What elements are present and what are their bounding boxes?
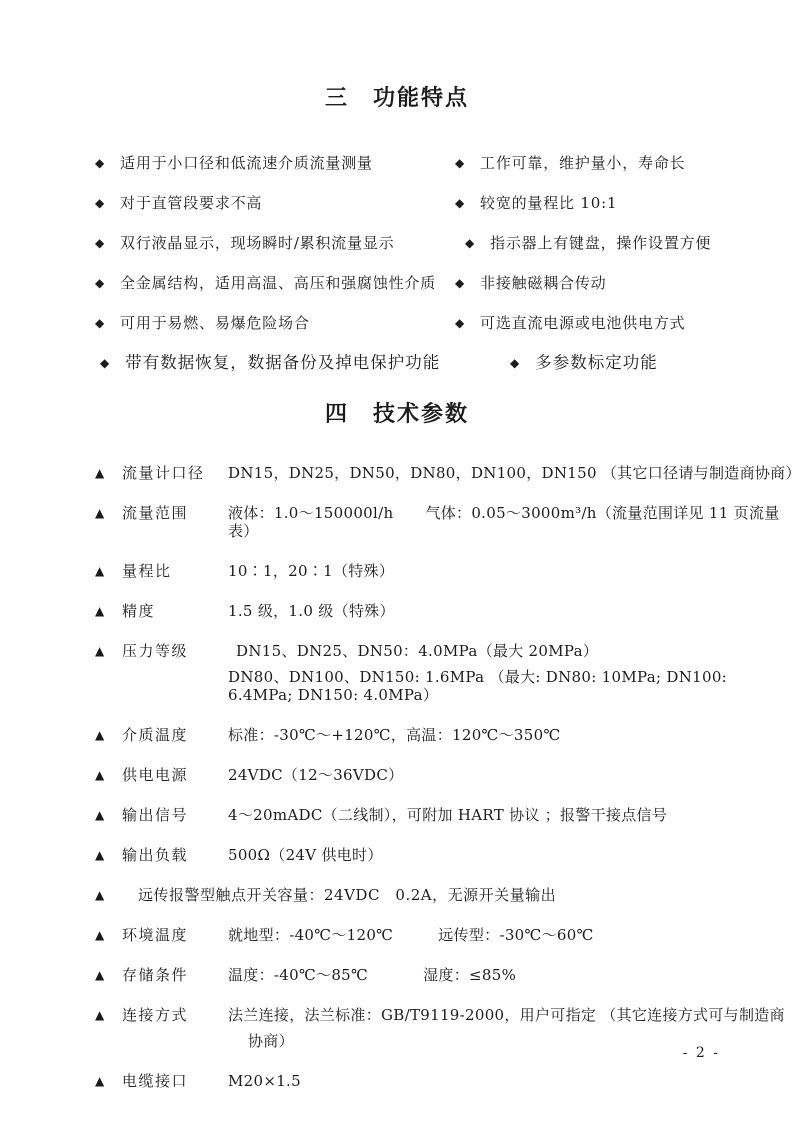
diamond-bullet-icon: ◆: [95, 194, 105, 212]
section-title-features: 三 功能特点: [0, 86, 794, 112]
spec-row-storage-conditions: ▲ 存储条件 温度：-40℃～85℃湿度：≤85%: [95, 966, 794, 984]
triangle-bullet-icon: ▲: [95, 766, 122, 784]
spec-row-flow-range: ▲ 流量范围 液体：1.0～150000l/h气体：0.05～3000m³/h（…: [95, 504, 794, 540]
feature-item: ◆ 较宽的量程比 10:1: [455, 194, 617, 212]
triangle-bullet-icon: ▲: [95, 966, 122, 984]
spec-row-power-supply: ▲ 供电电源 24VDC（12～36VDC）: [95, 766, 794, 784]
spec-label: 存储条件: [122, 966, 228, 984]
spec-value: 24VDC（12～36VDC）: [228, 766, 794, 784]
diamond-bullet-icon: ◆: [455, 194, 465, 212]
triangle-bullet-icon: ▲: [95, 886, 122, 904]
triangle-bullet-icon: ▲: [95, 1006, 122, 1024]
spec-value-line2: DN80、DN100、DN150: 1.6MPa （最大: DN80: 10MP…: [228, 668, 794, 704]
spec-value: 就地型：-40℃～120℃远传型：-30℃～60℃: [228, 926, 794, 944]
spec-row-medium-temperature: ▲ 介质温度 标准：-30℃～+120℃，高温：120℃～350℃: [95, 726, 794, 744]
spec-value: DN15，DN25，DN50，DN80，DN100，DN150 （其它口径请与制…: [228, 464, 794, 482]
feature-text: 可用于易燃、易爆危险场合: [120, 314, 310, 332]
triangle-bullet-icon: ▲: [95, 642, 122, 660]
spec-label: 连接方式: [122, 1006, 228, 1024]
triangle-bullet-icon: ▲: [95, 464, 122, 482]
feature-item: ◆ 指示器上有键盘，操作设置方便: [465, 234, 711, 252]
feature-item: ◆ 双行液晶显示，现场瞬时/累积流量显示: [95, 234, 455, 252]
spec-label: 电缆接口: [122, 1072, 228, 1090]
spec-value-remote: 远传型：-30℃～60℃: [438, 926, 593, 944]
spec-value-line1: 法兰连接，法兰标准：GB/T9119-2000，用户可指定 （其它连接方式可与制…: [228, 1006, 794, 1024]
spec-row-ambient-temperature: ▲ 环境温度 就地型：-40℃～120℃远传型：-30℃～60℃: [95, 926, 794, 944]
feature-item: ◆ 对于直管段要求不高: [95, 194, 455, 212]
spec-row-turndown-ratio: ▲ 量程比 10∶1，20∶1（特殊）: [95, 562, 794, 580]
page-number: - 2 -: [683, 1045, 720, 1061]
specs-list: ▲ 流量计口径 DN15，DN25，DN50，DN80，DN100，DN150 …: [95, 464, 794, 1090]
diamond-bullet-icon: ◆: [95, 274, 105, 292]
spec-value: 500Ω（24V 供电时）: [228, 846, 794, 864]
triangle-bullet-icon: ▲: [95, 1072, 122, 1090]
triangle-bullet-icon: ▲: [95, 726, 122, 744]
spec-label: 流量计口径: [122, 464, 228, 482]
spec-row-connection-type: ▲ 连接方式 法兰连接，法兰标准：GB/T9119-2000，用户可指定 （其它…: [95, 1006, 794, 1050]
spec-value-liquid: 液体：1.0～150000l/h: [228, 504, 393, 522]
feature-row: ◆ 对于直管段要求不高 ◆ 较宽的量程比 10:1: [95, 194, 794, 234]
diamond-bullet-icon: ◆: [455, 274, 465, 292]
diamond-bullet-icon: ◆: [95, 234, 105, 252]
triangle-bullet-icon: ▲: [95, 602, 122, 620]
feature-text: 对于直管段要求不高: [120, 194, 262, 212]
feature-text: 指示器上有键盘，操作设置方便: [490, 234, 711, 252]
spec-value-humidity: 湿度：≤85%: [423, 966, 516, 984]
spec-row-accuracy: ▲ 精度 1.5 级，1.0 级（特殊）: [95, 602, 794, 620]
spec-value: 1.5 级，1.0 级（特殊）: [228, 602, 794, 620]
feature-text: 带有数据恢复，数据备份及掉电保护功能: [125, 354, 440, 372]
diamond-bullet-icon: ◆: [455, 154, 465, 172]
triangle-bullet-icon: ▲: [95, 806, 122, 824]
feature-row: ◆ 带有数据恢复，数据备份及掉电保护功能 ◆ 多参数标定功能: [95, 354, 794, 394]
triangle-bullet-icon: ▲: [95, 562, 122, 580]
diamond-bullet-icon: ◆: [465, 234, 475, 252]
diamond-bullet-icon: ◆: [455, 314, 465, 332]
feature-item: ◆ 带有数据恢复，数据备份及掉电保护功能: [100, 354, 460, 372]
diamond-bullet-icon: ◆: [510, 354, 520, 372]
feature-item: ◆ 工作可靠，维护量小，寿命长: [455, 154, 685, 172]
section-title-specs: 四 技术参数: [0, 402, 794, 428]
spec-value-local: 就地型：-40℃～120℃: [228, 926, 393, 944]
diamond-bullet-icon: ◆: [95, 314, 105, 332]
feature-text: 双行液晶显示，现场瞬时/累积流量显示: [120, 234, 394, 252]
spec-value-line1: DN15、DN25、DN50：4.0MPa（最大 20MPa）: [228, 642, 794, 660]
diamond-bullet-icon: ◆: [100, 354, 110, 372]
spec-row-pressure-rating: ▲ 压力等级 DN15、DN25、DN50：4.0MPa（最大 20MPa） D…: [95, 642, 794, 704]
spec-row-diameter: ▲ 流量计口径 DN15，DN25，DN50，DN80，DN100，DN150 …: [95, 464, 794, 482]
feature-row: ◆ 双行液晶显示，现场瞬时/累积流量显示 ◆ 指示器上有键盘，操作设置方便: [95, 234, 794, 274]
spec-label: 环境温度: [122, 926, 228, 944]
spec-label: 流量范围: [122, 504, 228, 522]
feature-row: ◆ 全金属结构，适用高温、高压和强腐蚀性介质 ◆ 非接触磁耦合传动: [95, 274, 794, 314]
features-list: ◆ 适用于小口径和低流速介质流量测量 ◆ 工作可靠，维护量小，寿命长 ◆ 对于直…: [95, 154, 794, 394]
feature-row: ◆ 适用于小口径和低流速介质流量测量 ◆ 工作可靠，维护量小，寿命长: [95, 154, 794, 194]
spec-label: 输出负载: [122, 846, 228, 864]
spec-label: 量程比: [122, 562, 228, 580]
feature-row: ◆ 可用于易燃、易爆危险场合 ◆ 可选直流电源或电池供电方式: [95, 314, 794, 354]
triangle-bullet-icon: ▲: [95, 504, 122, 522]
spec-value: 4～20mADC（二线制），可附加 HART 协议 ；报警干接点信号: [228, 806, 794, 824]
feature-item: ◆ 非接触磁耦合传动: [455, 274, 606, 292]
spec-label: 压力等级: [122, 642, 228, 660]
spec-value: 法兰连接，法兰标准：GB/T9119-2000，用户可指定 （其它连接方式可与制…: [228, 1006, 794, 1050]
spec-value: 10∶1，20∶1（特殊）: [228, 562, 794, 580]
spec-value: M20×1.5: [228, 1072, 794, 1090]
spec-label: 介质温度: [122, 726, 228, 744]
spec-label: 精度: [122, 602, 228, 620]
feature-text: 可选直流电源或电池供电方式: [480, 314, 685, 332]
spec-row-remote-alarm: ▲ 远传报警型触点开关容量：24VDC 0.2A，无源开关量输出: [95, 886, 794, 904]
spec-value: 标准：-30℃～+120℃，高温：120℃～350℃: [228, 726, 794, 744]
triangle-bullet-icon: ▲: [95, 926, 122, 944]
feature-item: ◆ 多参数标定功能: [510, 354, 658, 372]
feature-text: 较宽的量程比 10:1: [480, 194, 617, 212]
spec-value: 温度：-40℃～85℃湿度：≤85%: [228, 966, 794, 984]
spec-value: 液体：1.0～150000l/h气体：0.05～3000m³/h（流量范围详见 …: [228, 504, 794, 540]
triangle-bullet-icon: ▲: [95, 846, 122, 864]
spec-label: 供电电源: [122, 766, 228, 784]
feature-text: 全金属结构，适用高温、高压和强腐蚀性介质: [120, 274, 436, 292]
spec-full-text: 远传报警型触点开关容量：24VDC 0.2A，无源开关量输出: [138, 886, 794, 904]
diamond-bullet-icon: ◆: [95, 154, 105, 172]
feature-text: 非接触磁耦合传动: [480, 274, 606, 292]
feature-item: ◆ 适用于小口径和低流速介质流量测量: [95, 154, 455, 172]
feature-item: ◆ 全金属结构，适用高温、高压和强腐蚀性介质: [95, 274, 455, 292]
spec-row-cable-entry: ▲ 电缆接口 M20×1.5: [95, 1072, 794, 1090]
spec-row-output-load: ▲ 输出负载 500Ω（24V 供电时）: [95, 846, 794, 864]
spec-row-output-signal: ▲ 输出信号 4～20mADC（二线制），可附加 HART 协议 ；报警干接点信…: [95, 806, 794, 824]
feature-text: 工作可靠，维护量小，寿命长: [480, 154, 685, 172]
feature-item: ◆ 可用于易燃、易爆危险场合: [95, 314, 455, 332]
feature-text: 多参数标定功能: [535, 354, 658, 372]
feature-item: ◆ 可选直流电源或电池供电方式: [455, 314, 685, 332]
spec-value: DN15、DN25、DN50：4.0MPa（最大 20MPa） DN80、DN1…: [228, 642, 794, 704]
spec-label: 输出信号: [122, 806, 228, 824]
spec-value-temperature: 温度：-40℃～85℃: [228, 966, 368, 984]
feature-text: 适用于小口径和低流速介质流量测量: [120, 154, 373, 172]
